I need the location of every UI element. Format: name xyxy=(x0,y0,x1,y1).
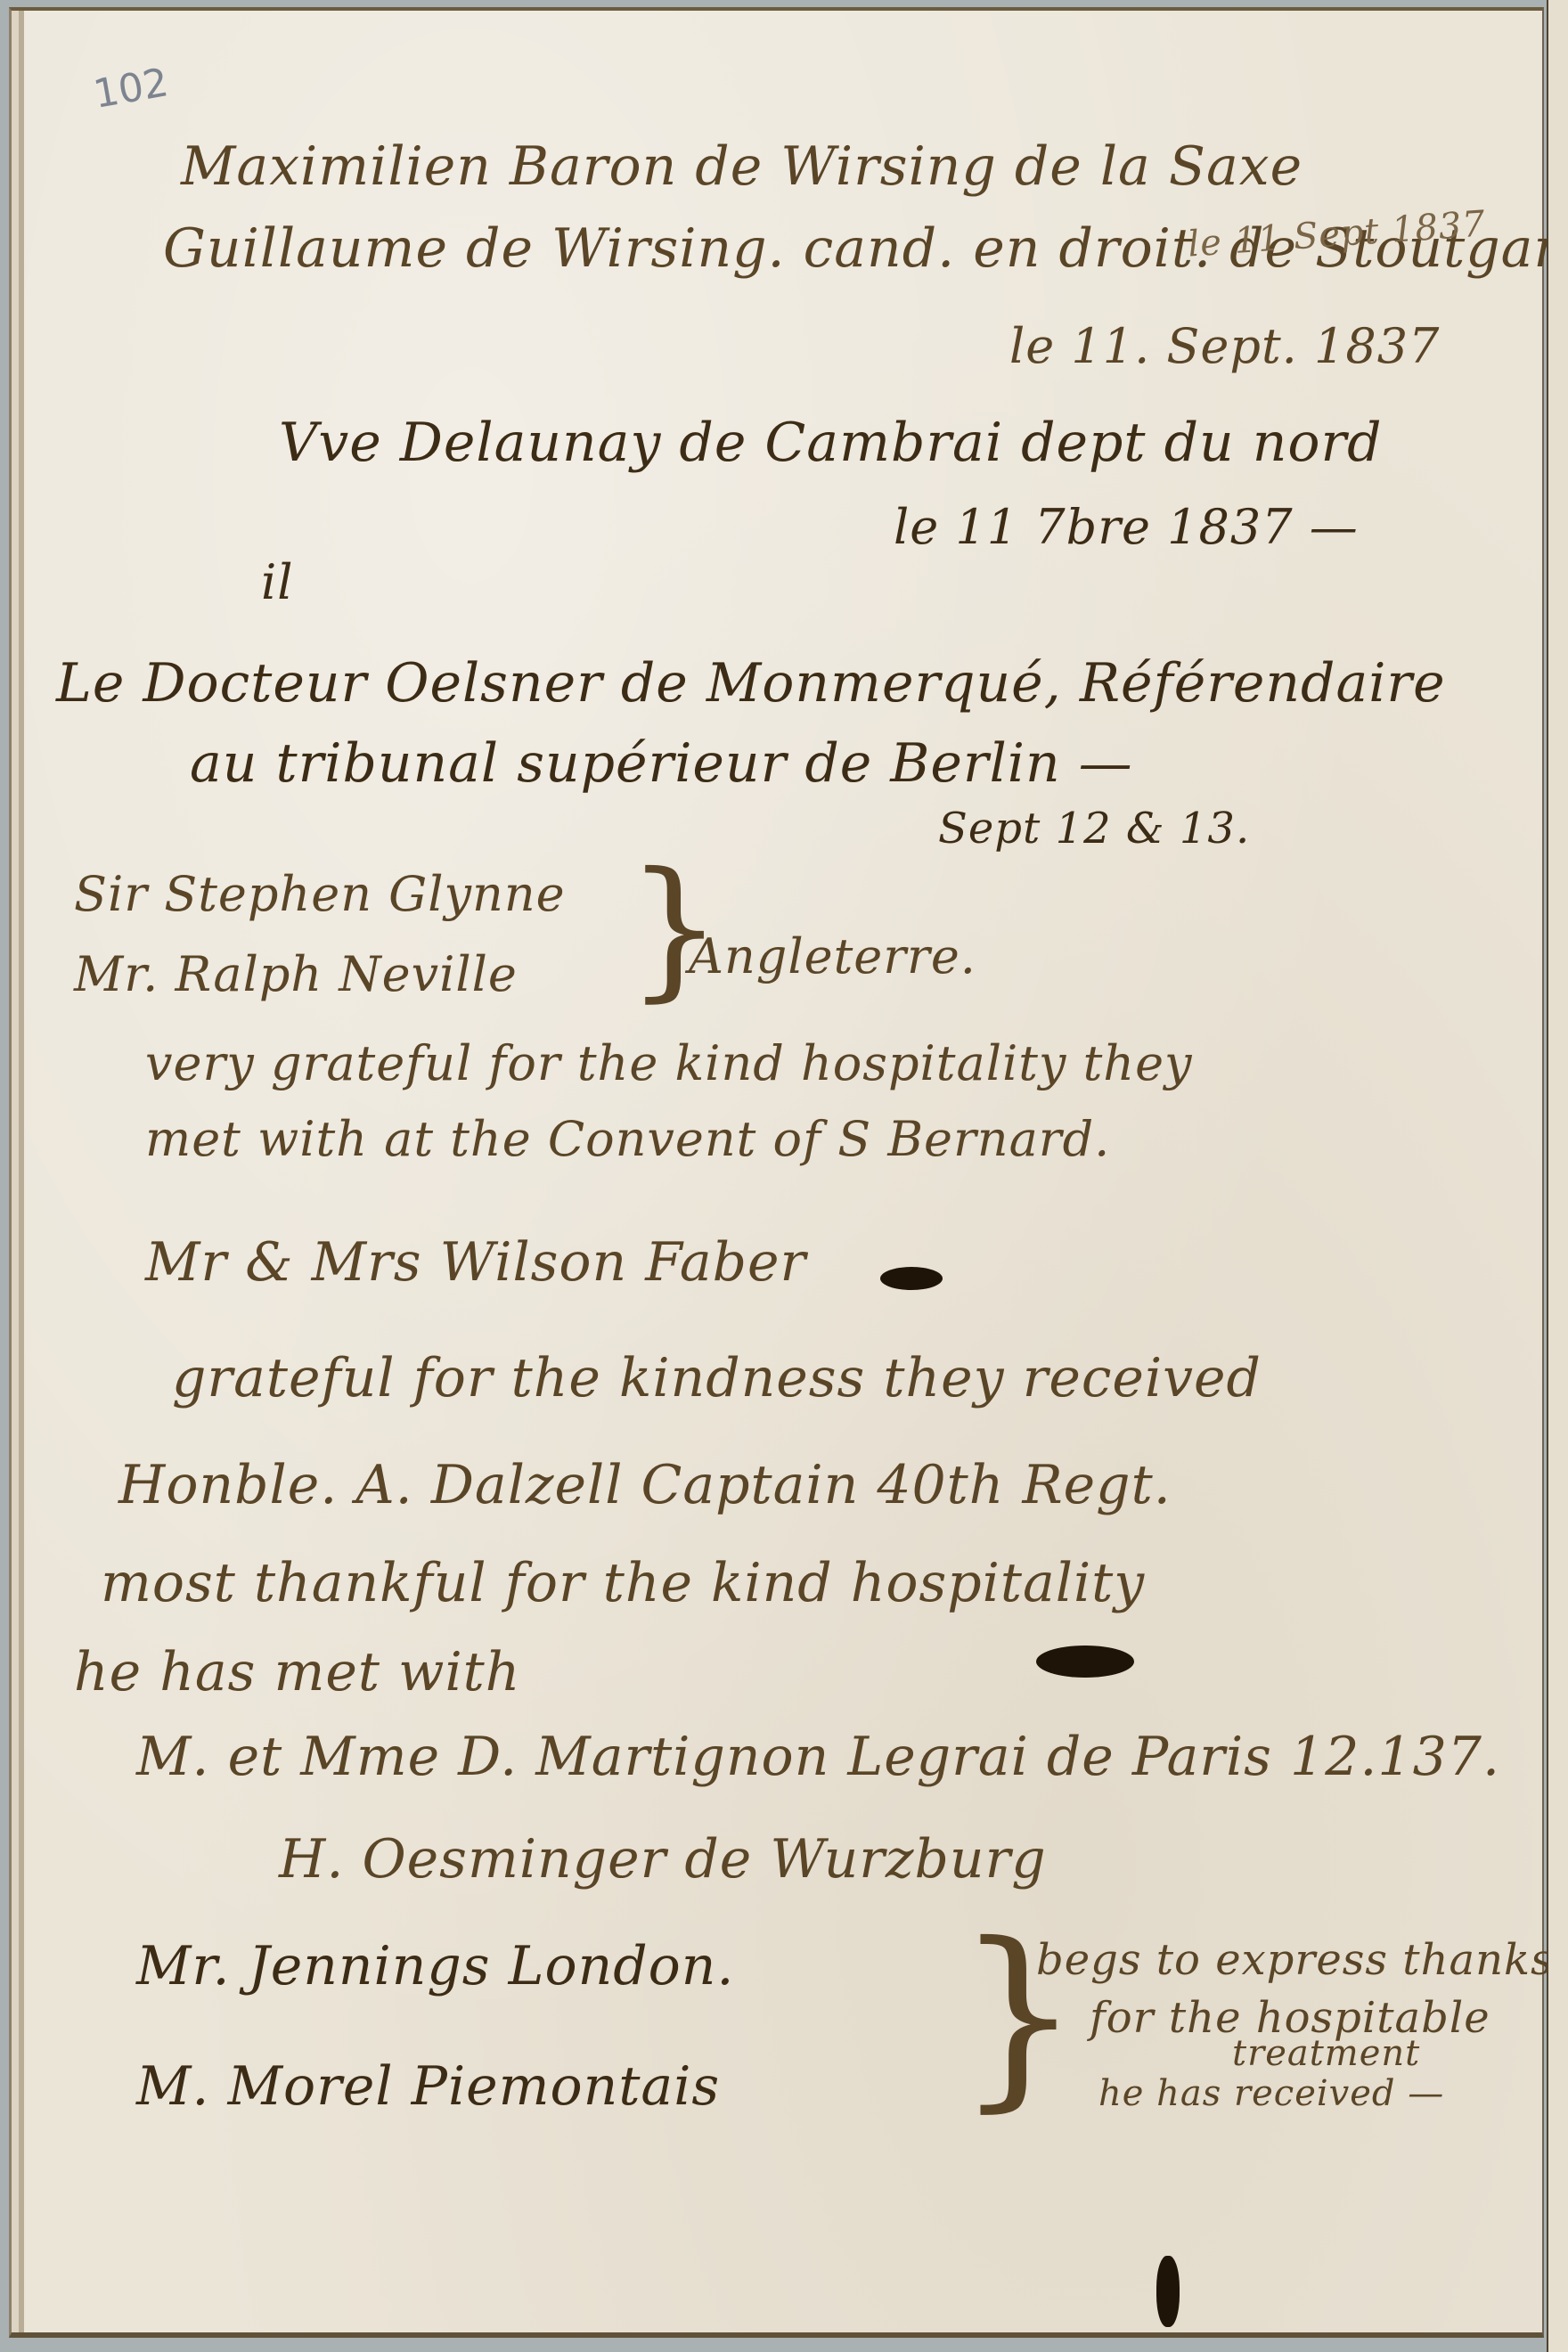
entry-faber-note: grateful for the kindness they received xyxy=(172,1347,1262,1409)
entry-wirsing-line-1: Maximilien Baron de Wirsing de la Saxe xyxy=(181,135,1303,198)
entry-glynne-name-1: Sir Stephen Glynne xyxy=(74,866,566,922)
entry-glynne-name-2: Mr. Ralph Neville xyxy=(74,946,518,1002)
entry-jennings-note-4: he has received — xyxy=(1098,2073,1444,2114)
entry-dalzell-name: Honble. A. Dalzell Captain 40th Regt. xyxy=(118,1454,1172,1516)
ink-blot xyxy=(1036,1646,1134,1678)
entry-jennings-name-2: M. Morel Piemontais xyxy=(136,2055,720,2118)
entry-martignon-name: M. et Mme D. Martignon Legrai de Paris 1… xyxy=(136,1726,1500,1788)
entry-glynne-note-2: met with at the Convent of S Bernard. xyxy=(145,1111,1110,1167)
entry-mark: il xyxy=(261,554,294,610)
entry-oelsner-date: Sept 12 & 13. xyxy=(938,804,1250,853)
entry-dalzell-note-1: most thankful for the kind hospitality xyxy=(101,1552,1145,1614)
entry-dalzell-note-2: he has met with xyxy=(74,1641,520,1703)
entry-oelsner-line-2: au tribunal supérieur de Berlin — xyxy=(190,732,1133,795)
entry-jennings-note-1: begs to express thanks xyxy=(1036,1935,1554,1985)
entry-oelsner-line-1: Le Docteur Oelsner de Monmerqué, Référen… xyxy=(56,652,1446,715)
entry-jennings-name-1: Mr. Jennings London. xyxy=(136,1935,734,1997)
entry-jennings-note-3: treatment xyxy=(1232,2033,1420,2074)
entry-delaunay-line-1: Vve Delaunay de Cambrai dept du nord xyxy=(279,412,1383,474)
entry-glynne-country: Angleterre. xyxy=(689,928,976,984)
entry-wirsing-date-below: le 11. Sept. 1837 xyxy=(1009,318,1440,374)
manuscript-page: 102 Maximilien Baron de Wirsing de la Sa… xyxy=(9,7,1544,2338)
entry-delaunay-date: le 11 7bre 1837 — xyxy=(894,499,1359,555)
adjacent-page-edge xyxy=(1547,0,1568,2352)
ink-blot xyxy=(1156,2256,1180,2327)
entry-glynne-note-1: very grateful for the kind hospitality t… xyxy=(145,1035,1193,1091)
entry-oesminger-name: H. Oesminger de Wurzburg xyxy=(279,1828,1047,1891)
ink-blot xyxy=(880,1267,943,1290)
folio-number: 102 xyxy=(90,60,172,118)
entry-faber-name: Mr & Mrs Wilson Faber xyxy=(145,1231,806,1294)
